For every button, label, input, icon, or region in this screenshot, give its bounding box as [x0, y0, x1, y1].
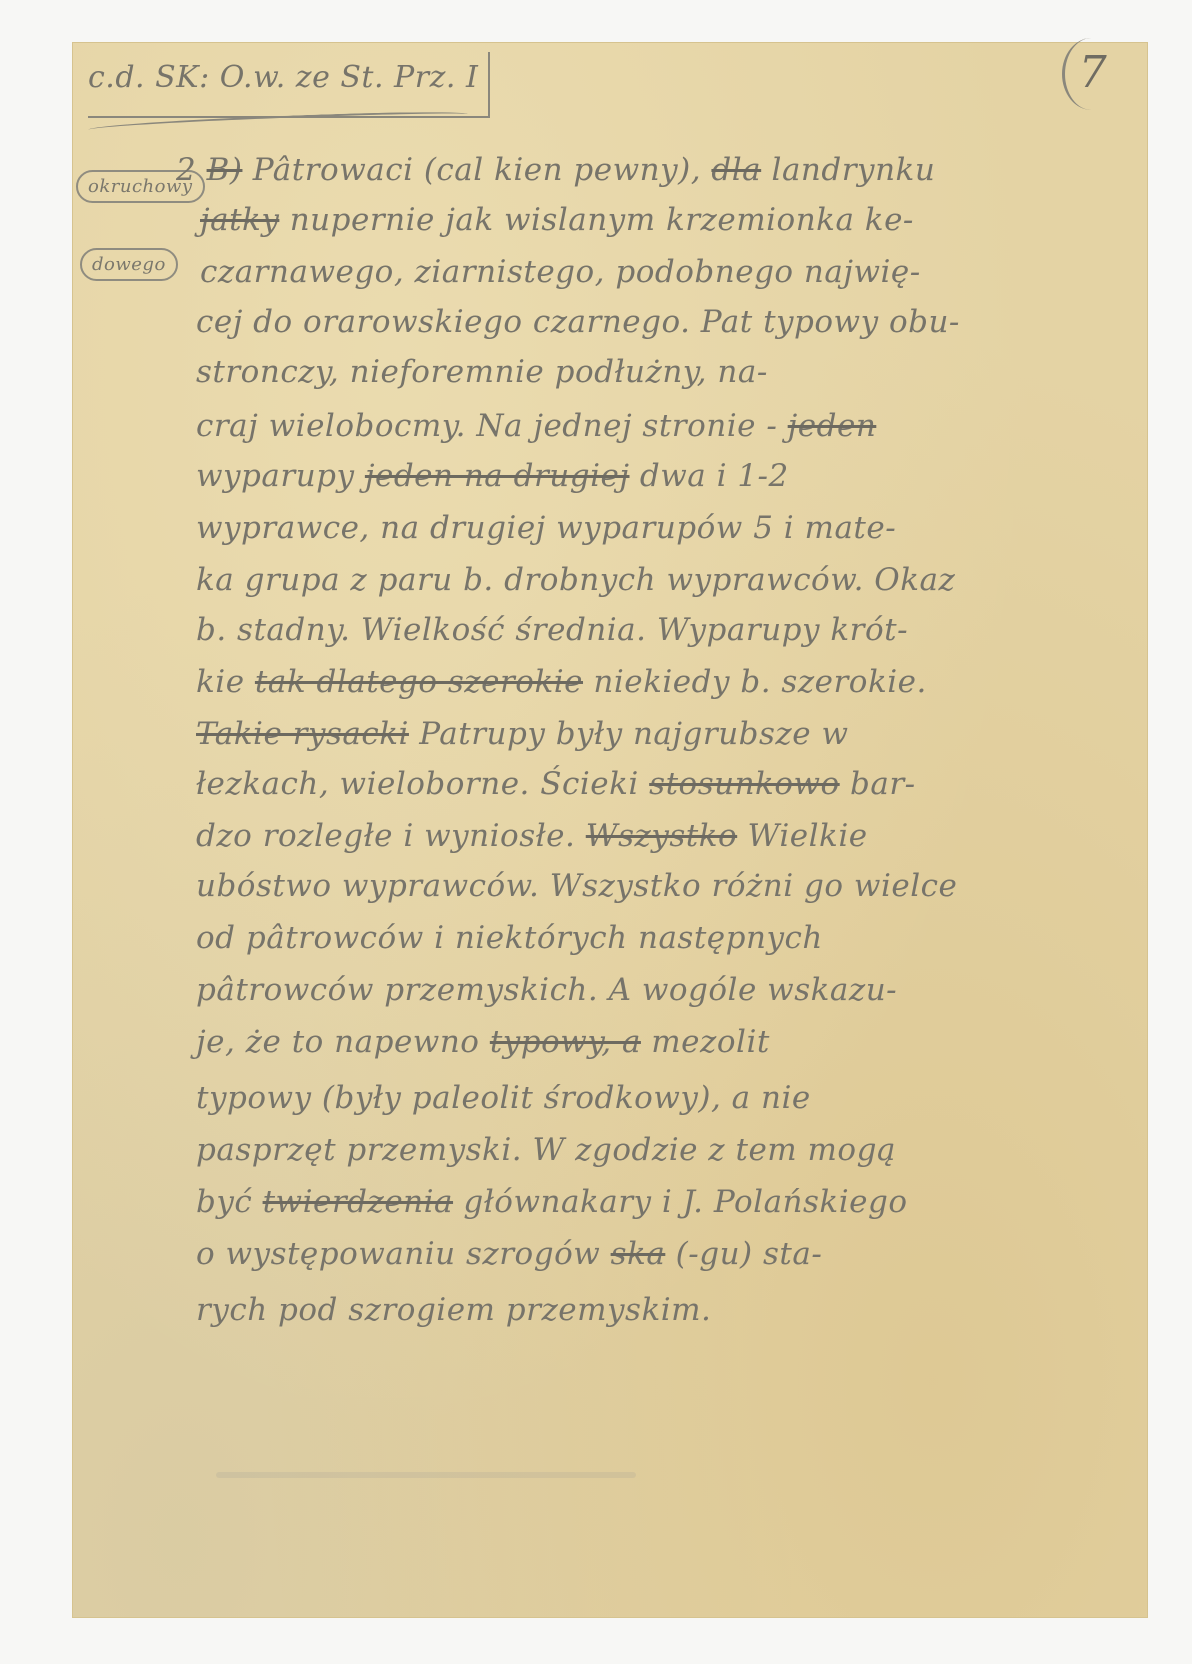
line-text: mezolit [641, 1024, 770, 1060]
page-number: 7 [1062, 38, 1121, 110]
line-text: łezkach, wieloborne. Ścieki [196, 766, 649, 802]
struck-text: jeden na drugiej [365, 458, 630, 494]
line-text: Patrupy były najgrubsze w [409, 716, 849, 752]
manuscript-line: Takie rysacki Patrupy były najgrubsze w [196, 714, 848, 754]
line-text: wyprawce, na drugiej wyparupów 5 i mate- [196, 510, 896, 546]
manuscript-line: craj wielobocmy. Na jednej stronie - jed… [196, 406, 876, 446]
struck-text: jeden [788, 408, 877, 444]
line-text: kie [196, 664, 255, 700]
manuscript-line: 2 B) Pâtrowaci (cal kien pewny), dla lan… [176, 150, 935, 190]
manuscript-line: czarnawego, ziarnistego, podobnego najwi… [200, 252, 921, 292]
manuscript-line: stronczy, nieforemnie podłużny, na- [196, 352, 768, 392]
header-reference: c.d. SK: O.w. ze St. Prz. I [88, 52, 490, 118]
struck-text: jatky [200, 202, 279, 238]
manuscript-line: od pâtrowców i niektórych następnych [196, 918, 823, 958]
line-text: głównakary i J. Polańskiego [453, 1184, 907, 1220]
line-text: Wielkie [737, 818, 867, 854]
manuscript-line: kie tak dlatego szerokie niekiedy b. sze… [196, 662, 927, 702]
manuscript-line: dzo rozległe i wyniosłe. Wszystko Wielki… [196, 816, 868, 856]
line-text: o występowaniu szrogów [196, 1236, 611, 1272]
line-text: ka grupa z paru b. drobnych wyprawców. O… [196, 562, 955, 598]
struck-text: B) [207, 152, 243, 188]
manuscript-line: typowy (były paleolit środkowy), a nie [196, 1078, 811, 1118]
line-text: landrynku [761, 152, 935, 188]
line-text: czarnawego, ziarnistego, podobnego najwi… [200, 254, 921, 290]
manuscript-line: jatky nupernie jak wislanym krzemionka k… [200, 200, 914, 240]
manuscript-line: wyprawce, na drugiej wyparupów 5 i mate- [196, 508, 896, 548]
line-text: rych pod szrogiem przemyskim. [196, 1292, 711, 1328]
line-text: dzo rozległe i wyniosłe. [196, 818, 586, 854]
manuscript-line: b. stadny. Wielkość średnia. Wyparupy kr… [196, 610, 908, 650]
line-text: pasprzęt przemyski. W zgodzie z tem mogą [196, 1132, 896, 1168]
manuscript-line: pâtrowców przemyskich. A wogóle wskazu- [196, 970, 897, 1010]
line-text: wyparupy [196, 458, 365, 494]
line-text: pâtrowców przemyskich. A wogóle wskazu- [196, 972, 897, 1008]
line-text: niekiedy b. szerokie. [583, 664, 927, 700]
line-text: typowy (były paleolit środkowy), a nie [196, 1080, 811, 1116]
struck-text: Wszystko [586, 818, 737, 854]
faint-erased-marks [216, 1472, 636, 1478]
line-text: bar- [840, 766, 916, 802]
manuscript-line: ubóstwo wyprawców. Wszystko różni go wie… [196, 866, 957, 906]
line-text: nupernie jak wislanym krzemionka ke- [279, 202, 914, 238]
manuscript-line: łezkach, wieloborne. Ścieki stosunkowo b… [196, 764, 916, 804]
manuscript-line: o występowaniu szrogów ska (-gu) sta- [196, 1234, 822, 1274]
line-text: Pâtrowaci (cal kien pewny), [242, 152, 711, 188]
manuscript-line: cej do orarowskiego czarnego. Pat typowy… [196, 302, 960, 342]
line-text: od pâtrowców i niektórych następnych [196, 920, 823, 956]
struck-text: dla [711, 152, 761, 188]
manuscript-line: wyparupy jeden na drugiej dwa i 1-2 [196, 456, 789, 496]
struck-text: stosunkowo [649, 766, 840, 802]
manuscript-line: je, że to napewno typowy, a mezolit [196, 1022, 770, 1062]
line-text: 2 [176, 152, 207, 188]
manuscript-line: rych pod szrogiem przemyskim. [196, 1290, 711, 1330]
manuscript-line: być twierdzenia głównakary i J. Polański… [196, 1182, 907, 1222]
line-text: b. stadny. Wielkość średnia. Wyparupy kr… [196, 612, 908, 648]
margin-note-dowego: dowego [80, 248, 178, 281]
line-text: (-gu) sta- [665, 1236, 822, 1272]
struck-text: ska [611, 1236, 666, 1272]
line-text: stronczy, nieforemnie podłużny, na- [196, 354, 768, 390]
struck-text: typowy, a [490, 1024, 641, 1060]
line-text: je, że to napewno [196, 1024, 490, 1060]
struck-text: twierdzenia [263, 1184, 453, 1220]
struck-text: tak dlatego szerokie [255, 664, 583, 700]
struck-text: Takie rysacki [196, 716, 409, 752]
manuscript-line: ka grupa z paru b. drobnych wyprawców. O… [196, 560, 955, 600]
line-text: cej do orarowskiego czarnego. Pat typowy… [196, 304, 960, 340]
line-text: ubóstwo wyprawców. Wszystko różni go wie… [196, 868, 957, 904]
line-text: dwa i 1-2 [630, 458, 789, 494]
line-text: być [196, 1184, 263, 1220]
line-text: craj wielobocmy. Na jednej stronie - [196, 408, 788, 444]
manuscript-line: pasprzęt przemyski. W zgodzie z tem mogą [196, 1130, 896, 1170]
